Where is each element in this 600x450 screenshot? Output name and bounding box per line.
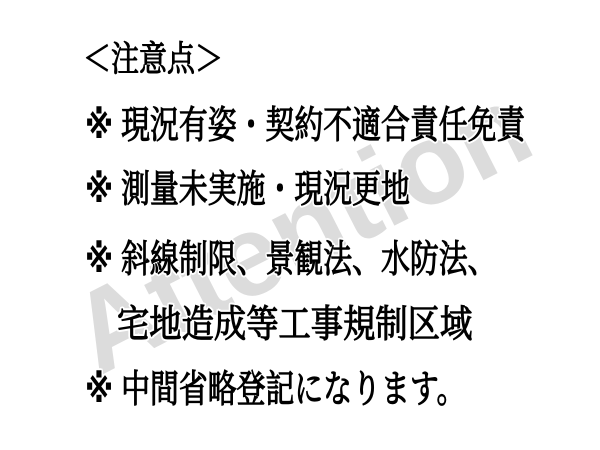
note-line-registration: ※ 中間省略登記になります。 — [85, 371, 465, 409]
notice-image: Attention ＜注意点＞ ※ 現況有姿・契約不適合責任免責 ※ 測量未実施… — [0, 0, 600, 450]
note-line-no-survey: ※ 測量未実施・現況更地 — [85, 171, 410, 209]
note-line-regulations: ※ 斜線制限、景観法、水防法、 — [85, 241, 497, 279]
note-line-as-is-condition: ※ 現況有姿・契約不適合責任免責 — [85, 107, 525, 145]
notice-title: ＜注意点＞ — [83, 42, 223, 77]
note-line-regulations-continued: 宅地造成等工事規制区域 — [117, 306, 472, 344]
